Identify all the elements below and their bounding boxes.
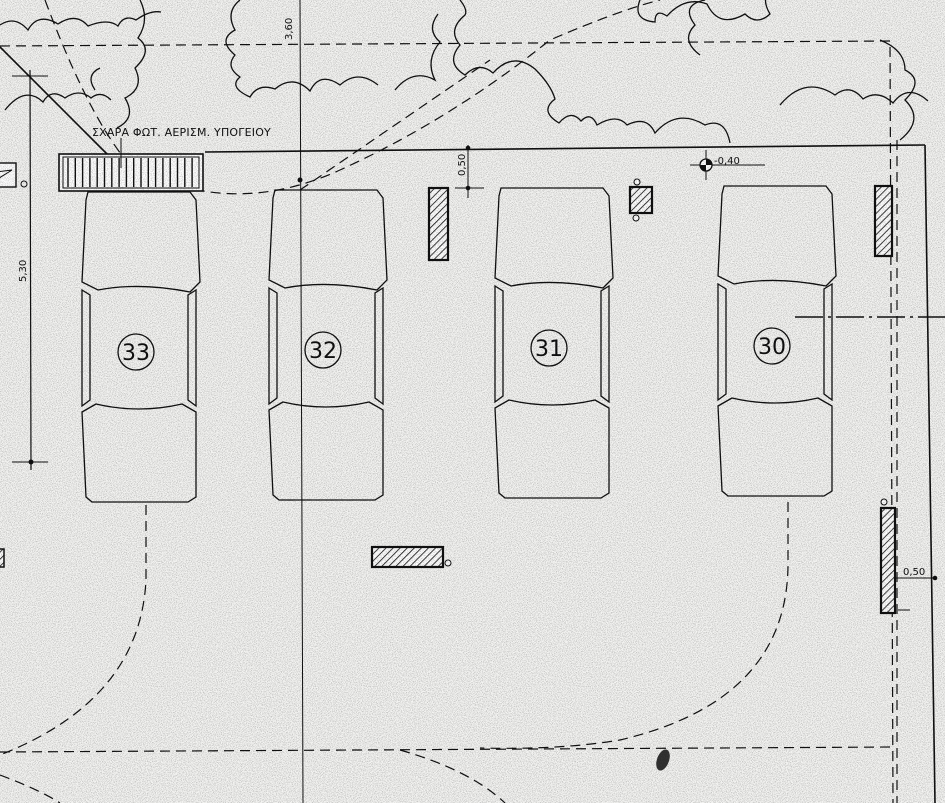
paper-grain bbox=[0, 0, 945, 803]
hatched-column bbox=[429, 188, 448, 260]
dim-tick bbox=[933, 576, 938, 581]
dim-tick bbox=[298, 178, 303, 183]
ink-spot bbox=[654, 748, 673, 773]
tree-canopy-icon bbox=[454, 0, 730, 143]
dim-right-gap: 0,50 bbox=[903, 567, 925, 578]
tree-canopy-icon bbox=[0, 12, 161, 30]
tree-canopy-icon bbox=[395, 14, 440, 90]
hatched-column bbox=[630, 187, 652, 213]
dim-top-offset: 3,60 bbox=[284, 18, 295, 40]
tree-canopy-icon bbox=[226, 0, 378, 97]
bottom-dashed-line bbox=[0, 747, 895, 752]
drain-point-icon bbox=[633, 215, 639, 221]
hatched-columns bbox=[372, 186, 895, 613]
parking-space-car: 31 bbox=[495, 188, 613, 498]
turning-arc-left bbox=[0, 505, 146, 755]
drain-point-icon bbox=[634, 179, 640, 185]
top-wall-line bbox=[205, 145, 925, 152]
drain-point-icon bbox=[445, 560, 451, 566]
parking-space-car: 33 bbox=[82, 192, 200, 502]
space-number: 32 bbox=[309, 339, 337, 364]
site-plan-drawing: 33323130 ΣΧΑΡΑ ΦΩΤ. ΑΕΡΙΣΜ. ΥΠΟΓΕΙΟΥ 3,6… bbox=[0, 0, 945, 803]
parking-spaces: 33323130 bbox=[82, 186, 836, 502]
dim-tick bbox=[466, 146, 471, 151]
space-number: 31 bbox=[535, 337, 563, 362]
level-marker-icon bbox=[700, 159, 712, 171]
turning-arc-right bbox=[480, 502, 788, 748]
drain-points bbox=[445, 179, 887, 566]
hatched-column bbox=[372, 547, 443, 567]
bottom-arc-center bbox=[400, 750, 505, 803]
tree-canopy-icon bbox=[5, 93, 111, 110]
right-wall-line bbox=[925, 145, 935, 803]
vent-grate bbox=[59, 138, 203, 191]
structure-lines bbox=[0, 0, 945, 803]
dim-tick bbox=[29, 460, 34, 465]
edge-box-icon bbox=[0, 163, 27, 567]
parking-space-car: 30 bbox=[718, 186, 836, 496]
space-number: 33 bbox=[122, 341, 150, 366]
dashed-lines bbox=[0, 0, 897, 803]
tree-canopy-icon bbox=[638, 0, 863, 22]
parking-space-car: 32 bbox=[269, 190, 387, 500]
vent-grate-label: ΣΧΑΡΑ ΦΩΤ. ΑΕΡΙΣΜ. ΥΠΟΓΕΙΟΥ bbox=[92, 126, 271, 139]
grid-line-vertical bbox=[300, 0, 303, 803]
space-number: 30 bbox=[758, 335, 786, 360]
dim-upper-gap: 0,50 bbox=[457, 154, 468, 176]
tree-canopy-group bbox=[0, 0, 928, 143]
hatched-column bbox=[881, 508, 895, 613]
dim-left-depth: 5,30 bbox=[18, 260, 29, 282]
tree-canopy-icon bbox=[117, 0, 145, 128]
dim-tick bbox=[466, 186, 471, 191]
bottom-arc-left bbox=[0, 775, 60, 803]
left-dim-line bbox=[30, 70, 31, 470]
tree-canopy-icon bbox=[780, 87, 928, 105]
dim-level: -0,40 bbox=[714, 156, 740, 167]
drain-point-icon bbox=[881, 499, 887, 505]
hatched-column bbox=[875, 186, 892, 256]
